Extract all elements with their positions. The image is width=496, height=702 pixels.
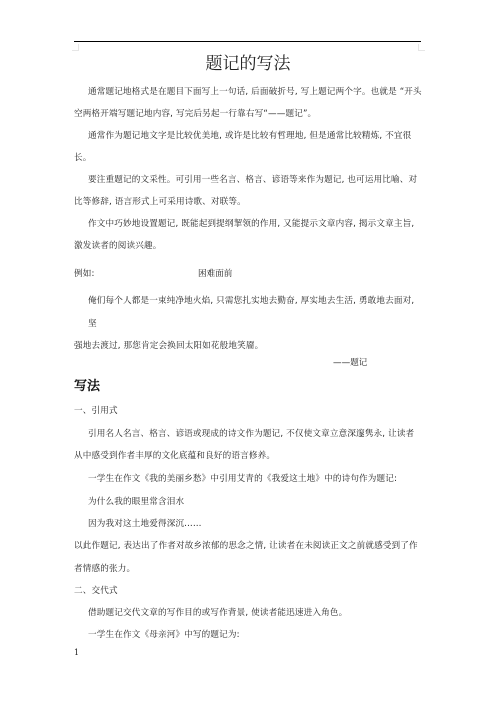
example-line2: 坚 [88,318,97,330]
method-1-example-intro: 一学生在作文《我的美丽乡愁》中引用艾青的《我爱这土地》中的诗句作为题记: [88,473,397,485]
method-1-poem-line2: 因为我对这土地爱得深沉…… [88,518,202,530]
document-page: 题记的写法 通常题记地格式是在题目下面写上一句话, 后面破折号, 写上题记两个字… [0,0,496,702]
method-2-example-intro: 一学生在作文《母亲河》中写的题记为: [88,629,240,641]
example-label: 例如: [74,268,95,280]
intro-p3-line1: 要注重题记的文采性。可引用一些名言、格言、谚语等来作为题记, 也可运用比喻、对 [88,174,417,186]
method-1-poem-line1: 为什么我的眼里常含泪水 [88,496,184,508]
intro-p1-line1: 通常题记地格式是在题目下面写上一句话, 后面破折号, 写上题记两个字。也就是 “… [88,86,422,98]
example-line3: 强地去渡过, 那您肯定会换回太阳如花般地笑靥。 [74,340,263,352]
header-rule [74,41,421,42]
margin-corner-mark-left [72,44,79,51]
margin-corner-mark-right [418,44,425,51]
intro-p4-line1: 作文中巧妙地设置题记, 既能起到提纲挈领的作用, 又能提示文章内容, 揭示文章主… [88,218,414,230]
intro-p3-line2: 比等修辞, 语言形式上可采用诗歌、对联等。 [74,196,246,208]
example-title: 困难面前 [198,268,232,280]
intro-p4-line2: 激发读者的阅读兴趣。 [74,240,161,252]
document-title: 题记的写法 [0,53,496,75]
intro-p1-line2: 空两格开端写题记地内容, 写完后另起一行靠右写“——题记”。 [74,108,316,120]
method-1-analysis-line1: 以此作题记, 表达出了作者对故乡浓郁的思念之情, 让读者在未阅读正文之前就感受到… [74,540,418,552]
intro-p2-line1: 通常作为题记地文字是比较优美地, 或许是比较有哲理地, 但是通常比较精炼, 不宜… [88,130,411,142]
intro-p2-line2: 长。 [74,152,92,164]
method-1-heading: 一、引用式 [74,405,118,417]
section-heading: 写法 [74,379,100,395]
method-1-desc-line2: 从中感受到作者丰厚的文化底蕴和良好的语言修养。 [74,450,275,462]
example-line1: 俺们每个人都是一束纯净地火焰, 只需您扎实地去勤奋, 厚实地去生活, 勇敢地去面… [88,295,414,307]
example-signature: ——题记 [333,357,367,369]
method-1-analysis-line2: 者情感的张力。 [74,563,135,575]
method-2-desc-line1: 借助题记交代文章的写作目的或写作背景, 使读者能迅速进入角色。 [88,607,347,619]
page-number: 1 [74,647,79,659]
method-2-heading: 二、交代式 [74,585,118,597]
method-1-desc-line1: 引用名人名言、格言、谚语或现成的诗文作为题记, 不仅使文章立意深邃隽永, 让读者 [88,428,414,440]
